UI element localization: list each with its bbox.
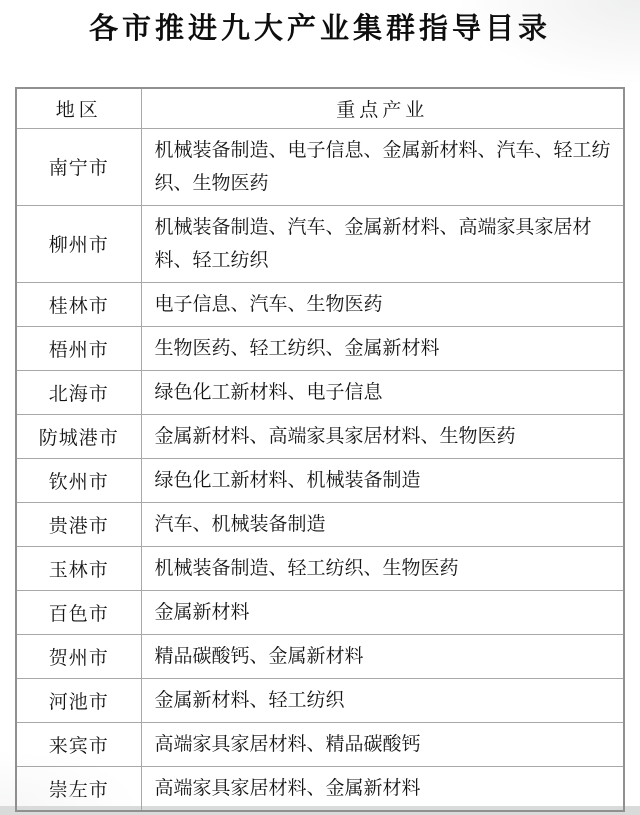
table-row: 百色市金属新材料 <box>16 590 624 634</box>
region-cell: 百色市 <box>16 590 141 634</box>
industries-cell: 高端家具家居材料、精品碳酸钙 <box>141 722 624 766</box>
industries-cell: 机械装备制造、电子信息、金属新材料、汽车、轻工纺织、生物医药 <box>141 128 624 205</box>
region-cell: 贺州市 <box>16 634 141 678</box>
industries-cell: 绿色化工新材料、电子信息 <box>141 370 624 414</box>
industries-cell: 高端家具家居材料、金属新材料 <box>141 766 624 811</box>
region-cell: 北海市 <box>16 370 141 414</box>
table-header-row: 地区 重点产业 <box>16 88 624 128</box>
industries-cell: 绿色化工新材料、机械装备制造 <box>141 458 624 502</box>
table-row: 河池市金属新材料、轻工纺织 <box>16 678 624 722</box>
region-cell: 桂林市 <box>16 282 141 326</box>
page-title: 各市推进九大产业集群指导目录 <box>0 0 640 47</box>
table-row: 钦州市绿色化工新材料、机械装备制造 <box>16 458 624 502</box>
industries-cell: 机械装备制造、轻工纺织、生物医药 <box>141 546 624 590</box>
industries-cell: 电子信息、汽车、生物医药 <box>141 282 624 326</box>
region-cell: 河池市 <box>16 678 141 722</box>
region-cell: 南宁市 <box>16 128 141 205</box>
table-row: 桂林市电子信息、汽车、生物医药 <box>16 282 624 326</box>
table-row: 贵港市汽车、机械装备制造 <box>16 502 624 546</box>
industries-cell: 生物医药、轻工纺织、金属新材料 <box>141 326 624 370</box>
region-cell: 防城港市 <box>16 414 141 458</box>
table-row: 来宾市高端家具家居材料、精品碳酸钙 <box>16 722 624 766</box>
document-page: 各市推进九大产业集群指导目录 地区 重点产业 南宁市机械装备制造、电子信息、金属… <box>0 0 640 806</box>
region-cell: 梧州市 <box>16 326 141 370</box>
industries-cell: 汽车、机械装备制造 <box>141 502 624 546</box>
table-body: 南宁市机械装备制造、电子信息、金属新材料、汽车、轻工纺织、生物医药柳州市机械装备… <box>16 128 624 811</box>
table-row: 防城港市金属新材料、高端家具家居材料、生物医药 <box>16 414 624 458</box>
industry-catalog-table: 地区 重点产业 南宁市机械装备制造、电子信息、金属新材料、汽车、轻工纺织、生物医… <box>15 87 625 812</box>
industries-cell: 精品碳酸钙、金属新材料 <box>141 634 624 678</box>
industries-cell: 金属新材料、高端家具家居材料、生物医药 <box>141 414 624 458</box>
column-header-region: 地区 <box>16 88 141 128</box>
region-cell: 柳州市 <box>16 205 141 282</box>
table-row: 北海市绿色化工新材料、电子信息 <box>16 370 624 414</box>
table-row: 玉林市机械装备制造、轻工纺织、生物医药 <box>16 546 624 590</box>
table-row: 梧州市生物医药、轻工纺织、金属新材料 <box>16 326 624 370</box>
region-cell: 崇左市 <box>16 766 141 811</box>
table-row: 贺州市精品碳酸钙、金属新材料 <box>16 634 624 678</box>
table-row: 南宁市机械装备制造、电子信息、金属新材料、汽车、轻工纺织、生物医药 <box>16 128 624 205</box>
column-header-industries: 重点产业 <box>141 88 624 128</box>
region-cell: 钦州市 <box>16 458 141 502</box>
industries-cell: 金属新材料 <box>141 590 624 634</box>
industries-cell: 金属新材料、轻工纺织 <box>141 678 624 722</box>
table-header: 地区 重点产业 <box>16 88 624 128</box>
region-cell: 玉林市 <box>16 546 141 590</box>
region-cell: 来宾市 <box>16 722 141 766</box>
table-row: 崇左市高端家具家居材料、金属新材料 <box>16 766 624 811</box>
industries-cell: 机械装备制造、汽车、金属新材料、高端家具家居材料、轻工纺织 <box>141 205 624 282</box>
table-row: 柳州市机械装备制造、汽车、金属新材料、高端家具家居材料、轻工纺织 <box>16 205 624 282</box>
region-cell: 贵港市 <box>16 502 141 546</box>
